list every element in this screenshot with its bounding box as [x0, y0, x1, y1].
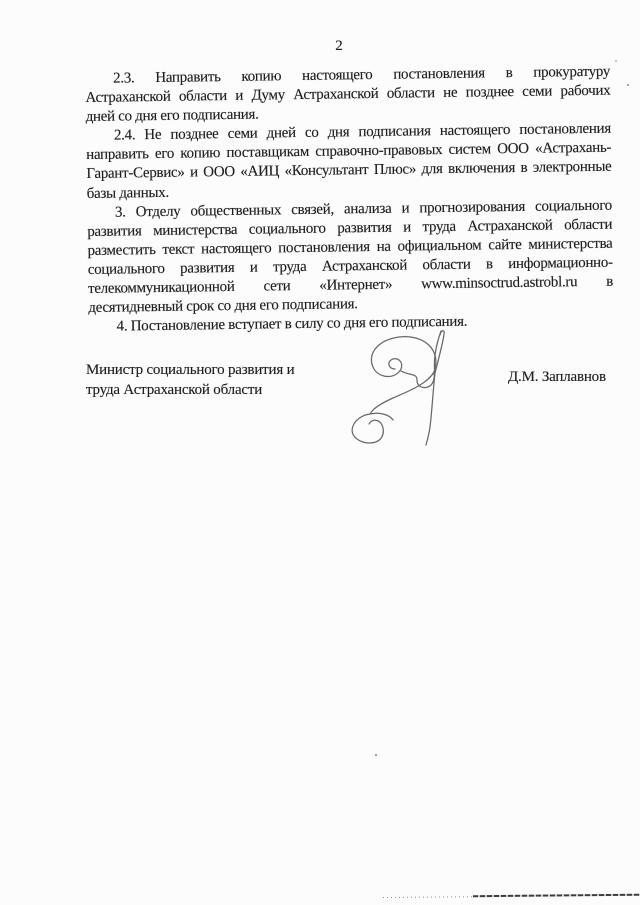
paragraph-2-3: 2.3. Направить копию настоящего постанов…	[85, 63, 611, 128]
minister-title: Министр социального развития и труда Аст…	[86, 360, 294, 400]
paragraph-2-4: 2.4. Не позднее семи дней со дня подписа…	[86, 120, 612, 204]
scan-speck	[627, 84, 629, 86]
scan-dashed-line-dark-segment	[473, 894, 640, 897]
scan-dashed-line-faint-segment	[383, 896, 473, 898]
scan-speck	[615, 60, 617, 62]
minister-title-line: труда Астраханской области	[86, 380, 294, 400]
scan-dashed-line	[383, 894, 640, 899]
handwritten-signature	[337, 329, 457, 454]
scan-speck	[375, 754, 377, 756]
signature-stroke	[371, 337, 435, 377]
minister-title-line: Министр социального развития и	[86, 360, 294, 380]
scanned-document-page: 2 2.3. Направить копию настоящего постан…	[0, 0, 640, 905]
signer-name: Д.М. Заплавнов	[508, 369, 606, 386]
page-number: 2	[328, 38, 350, 55]
document-body: 2.3. Направить копию настоящего постанов…	[85, 63, 614, 338]
signature-stroke	[426, 331, 444, 445]
paragraph-3: 3. Отделу общественных связей, анализа и…	[87, 196, 614, 318]
signature-stroke	[401, 371, 434, 388]
signature-stroke	[352, 372, 434, 443]
